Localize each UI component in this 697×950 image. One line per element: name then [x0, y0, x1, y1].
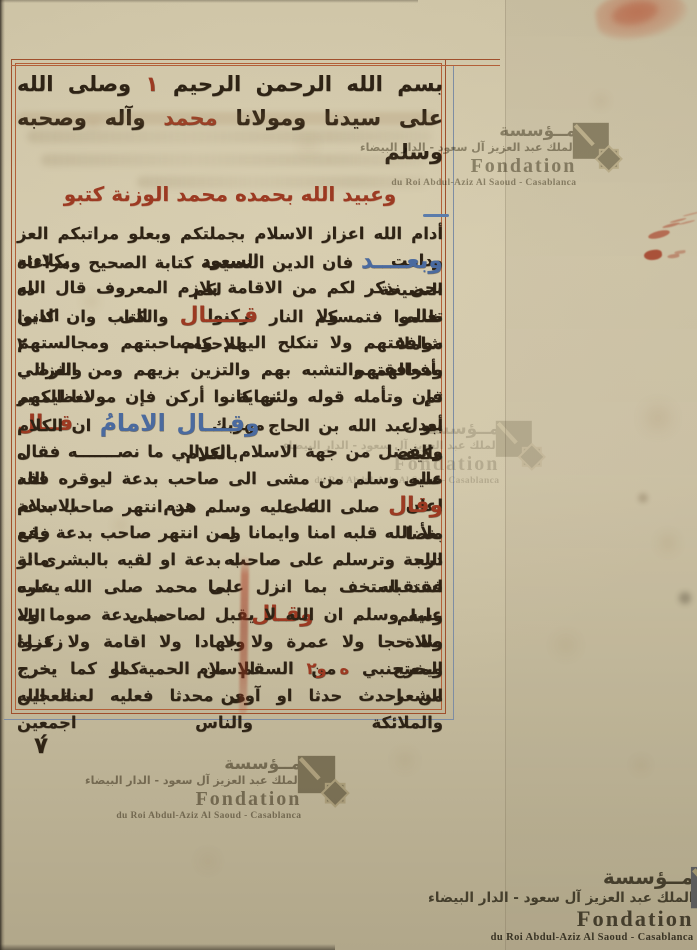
- text-segment-red: ه و٢: [306, 659, 349, 678]
- text-segment-red2: قـــــال: [180, 303, 259, 328]
- text-segment-ink: بسم الله الرحمن الرحيم: [158, 72, 443, 96]
- watermark-latin-title: Fondation: [196, 788, 302, 810]
- watermark-latin-subtitle: du Roi Abdul-Aziz Al Saoud - Casablanca: [314, 475, 499, 487]
- catchword: ٧́: [34, 733, 48, 759]
- fondation-watermark-bottom-left: مــؤسسة الملك عبد العزيز آل سعود - الدار…: [85, 755, 353, 822]
- fondation-logo-icon: [495, 420, 549, 474]
- fondation-logo-icon: [690, 866, 697, 928]
- text-segment-ink: من احدث حدثا او آوى محدثا فعليه لعنة الل…: [17, 686, 443, 732]
- text-segment-blue: وقـــال الامامُ: [100, 409, 260, 437]
- watermark-arabic-subtitle: الملك عبد العزيز آل سعود - الدار البيضاء: [360, 141, 576, 155]
- fondation-watermark-center: مــؤسسة الملك عبد العزيز آل سعود - الدار…: [283, 420, 549, 487]
- manuscript-line: ظلموا فتمسكم النار قـــــال والكتاب وان …: [17, 302, 443, 329]
- fondation-logo-icon: [572, 122, 626, 176]
- text-segment-ink: المعتجنبي: [349, 659, 443, 678]
- watermark-latin-subtitle: du Roi Abdul-Aziz Al Saoud - Casablanca: [391, 177, 576, 189]
- fondation-watermark-bottom-right: مــؤسسة الملك عبد العزيز آل سعود - الدار…: [428, 866, 697, 945]
- text-segment-blue: وبعــــد: [361, 246, 443, 274]
- watermark-arabic-subtitle: الملك عبد العزيز آل سعود - الدار البيضاء: [85, 774, 301, 788]
- watermark-arabic-title: مــؤسسة: [224, 755, 301, 774]
- manuscript-line: نحن نذكر لكم من الاقامة بلازم المعروف قا…: [17, 274, 443, 301]
- manuscript-line: المعتجنبي ه و٢ السقم من الحمية او كما يخ…: [17, 655, 443, 682]
- watermark-text: مــؤسسة الملك عبد العزيز آل سعود - الدار…: [283, 420, 499, 487]
- manuscript-line: عليه وسلم ان الله لا يقبل لصاحب بدعة صوم…: [17, 601, 443, 628]
- manuscript-scan: بسم الله الرحمن الرحيم ١ وصلى الله على س…: [0, 0, 697, 950]
- watermark-latin-subtitle: du Roi Abdul-Aziz Al Saoud - Casablanca: [116, 810, 301, 822]
- watermark-arabic-title: مــؤسسة: [603, 866, 694, 889]
- watermark-text: مــؤسسة الملك عبد العزيز آل سعود - الدار…: [360, 122, 576, 189]
- fondation-logo-icon: [297, 755, 353, 811]
- scan-top-edge: [0, 0, 418, 3]
- watermark-latin-title: Fondation: [394, 453, 500, 475]
- watermark-arabic-title: مــؤسسة: [499, 122, 576, 141]
- watermark-text: مــؤسسة الملك عبد العزيز آل سعود - الدار…: [428, 866, 694, 945]
- fondation-watermark-middle-right: مــؤسسة الملك عبد العزيز آل سعود - الدار…: [360, 122, 626, 189]
- text-segment-red2: وقال: [388, 493, 443, 518]
- manuscript-line: فقد استخف بما انزل على محمد صلى الله علي…: [17, 573, 443, 600]
- watermark-latin-title: Fondation: [577, 907, 694, 931]
- manuscript-line: ولا حجا ولا عمرة ولا جهادا ولا اقامة ولا…: [17, 628, 443, 655]
- manuscript-line: موافقتهم ولا تنكلح اليهم ومصاحبتهم ومجال…: [17, 329, 443, 356]
- manuscript-line: أدام الله اعزاز الاسلام بجملتكم وبعلو مر…: [17, 220, 443, 247]
- text-segment-red: ١: [131, 72, 158, 96]
- manuscript-line: بأفعالهم والتشبه بهم والتزين بزيهم ومن ا…: [17, 356, 443, 383]
- text-segment-ink: ظلموا فتمسكم النار: [258, 307, 443, 326]
- manuscript-line: وبعــــد فان الدين النصيحة كتابة الصحيح …: [17, 247, 443, 274]
- manuscript-line: ملأ الله قلبه امنا وايمانا ومن انتهر صاح…: [17, 519, 443, 546]
- text-segment-red: وعبيد الله بحمده محمد الوزنة كتبو: [64, 182, 396, 206]
- manuscript-line: وقال صلى الله عليه وسلم من انتهر صاحب بد…: [17, 492, 443, 519]
- foxing-stains: [0, 0, 6, 6]
- watermark-arabic-subtitle: الملك عبد العزيز آل سعود - الدار البيضاء: [428, 889, 694, 907]
- watermark-arabic-subtitle: الملك عبد العزيز آل سعود - الدار البيضاء: [283, 439, 499, 453]
- watermark-latin-subtitle: du Roi Abdul-Aziz Al Saoud - Casablanca: [491, 931, 694, 945]
- manuscript-line: درجة وترسلم على صاحب بدعة او لقيه بالبشر…: [17, 546, 443, 573]
- blue-dash-mark: [423, 214, 449, 217]
- frame-top-overshoot: [11, 59, 500, 66]
- watermark-text: مــؤسسة الملك عبد العزيز آل سعود - الدار…: [85, 755, 301, 822]
- manuscript-line: من احدث حدثا او آوى محدثا فعليه لعنة الل…: [17, 682, 443, 709]
- manuscript-line: فإن وتأمله قوله ولئن كانوا أركن فإن مولا…: [17, 383, 443, 410]
- watermark-latin-title: Fondation: [471, 155, 577, 177]
- scan-bottom-edge: [0, 944, 335, 950]
- watermark-arabic-title: مــؤسسة: [422, 420, 499, 439]
